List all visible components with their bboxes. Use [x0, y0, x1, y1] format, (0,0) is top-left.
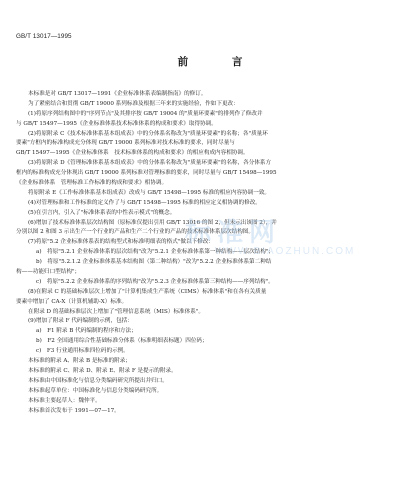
paragraph-line: b) 将原"5.2.1.2 企业标准体系基本结构图（第二种结构）"改为"5.2.…	[16, 258, 368, 268]
paragraph-line: (4)对管理标准和工作标准的定义作了与 GB/T 15498—1995 标准的相…	[16, 199, 368, 209]
paragraph-line: a) F1 附录 B 代码编制的程序和方法；	[16, 327, 368, 337]
paragraph-line: (3)将原附录 D《管理标准体系基本组成表》中的分体系名称改为"质量环要素"的名…	[16, 159, 368, 169]
paragraph-line: 本标准首次发布于 1991—07—17。	[16, 407, 368, 417]
paragraph-line: (2)将原附录 C《技术标准体系基本组成表》中的分体系名称改为"质量环要素"的名…	[16, 130, 368, 140]
paragraph-line: (6)增加了技术标准体系层次结构图（原标准仅提出引用 GB/T 13016 的图…	[16, 219, 368, 229]
paragraph-line: (7)将原"5.2 企业标准体系表的结构型式和标准明细表的格式"做以下修改：	[16, 238, 368, 248]
paragraph-line: 本标准是对 GB/T 13017—1991《企业标准体系表编制指南》的修订。	[16, 90, 368, 100]
document-page: GB/T 13017—1995 前 言 本标准是对 GB/T 13017—199…	[0, 0, 400, 504]
paragraph-line: 为了紧密结合和贯彻 GB/T 19000 系列标准及根据三年来的实施经验，作如下…	[16, 100, 368, 110]
paragraph-line: 分别以图 2 和图 3 示出生产一个行业的产品和生产二个行业的产品的技术标准体系…	[16, 228, 368, 238]
paragraph-line: (5)在引言内，引入了"标准体系表的中性表示模式"的概念。	[16, 209, 368, 219]
paragraph-line: 在附录 D 的基础标准层次上增加了"管理信息系统（MIS）标准体系"。	[16, 308, 368, 318]
paragraph-line: (1)将原序列结构图中的"序列节点"及其排序按 GB/T 19004 的"质量环…	[16, 110, 368, 120]
paragraph-line: 构——功能归口型结构"；	[16, 268, 368, 278]
page-title: 前 言	[0, 54, 400, 69]
paragraph-line: 将原附录 E《工作标准体系基本组成表》改成与 GB/T 15498—1995 标…	[16, 189, 368, 199]
paragraph-line: 要素中增加了 CA-X（计算机辅助-X）标准。	[16, 298, 368, 308]
paragraph-line: 本标准起草单位：中国标准化与信息分类编码研究所。	[16, 387, 368, 397]
paragraph-line: GB/T 15497—1995《企业标准体系 技术标准体系的构成和要求》的相应构…	[16, 149, 368, 159]
paragraph-line: 与 GB/T 15497—1995《企业标准体系技术标准体系的构成和要求》取得协…	[16, 120, 368, 130]
paragraph-line: 框内的标准构成充分体现出 GB/T 19000 系列标准对管理标准的要求，同时尽…	[16, 169, 368, 179]
paragraph-line: 要素"方框内的标准构成充分体现 GB/T 19000 系列标准对技术标准的要求，…	[16, 139, 368, 149]
paragraph-line: (8)在附录 C 的基础标准层次上增加了"计算机集成生产系统（CIMS）标准体系…	[16, 288, 368, 298]
paragraph-line: 本标准的附录 A、附录 B 是标准的附录；	[16, 357, 368, 367]
paragraph-line: c) 将原"5.2.2 企业标准体系的序列结构"改为"5.2.3 企业标准体系第…	[16, 278, 368, 288]
paragraph-line: 本标准的附录 C、附录 D、附录 E、附录 F 是提示的附录。	[16, 367, 368, 377]
paragraph-line: b) F2 全国通用综合性基础标准分体系（标准明细表标题）四位码；	[16, 337, 368, 347]
paragraph-line: 本标准由中国标准化与信息分类编码研究所提出并归口。	[16, 377, 368, 387]
paragraph-line: (9)增加了附录 F 代码编制的示例，包括：	[16, 317, 368, 327]
standard-code: GB/T 13017—1995	[16, 33, 72, 40]
paragraph-line: c) F3 行业通用标准四位码的示例。	[16, 347, 368, 357]
paragraph-line: 《企业标准体系 管理标准工作标准的构成和要求》相协调。	[16, 179, 368, 189]
paragraph-line: a) 将原"5.2.1 企业标准体系的层次结构"改为"5.2.1 企业标准体系第…	[16, 248, 368, 258]
paragraph-line: 本标准主要起草人：魏仲平。	[16, 397, 368, 407]
foreword-body: 本标准是对 GB/T 13017—1991《企业标准体系表编制指南》的修订。为了…	[16, 90, 368, 416]
